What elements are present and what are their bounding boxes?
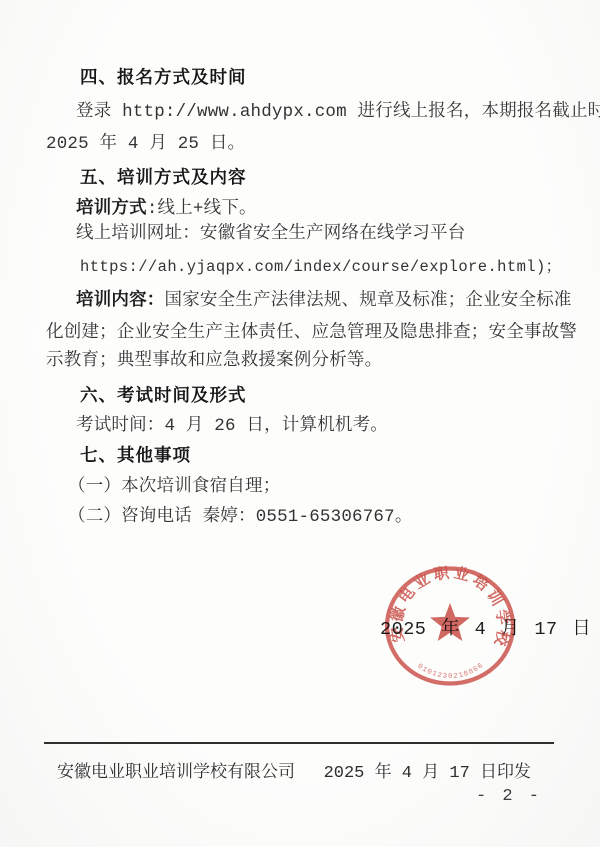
training-method-line: 培训方式:线上+线下。	[76, 198, 257, 220]
registration-url-line: 登录 http://www.ahdypx.com 进行线上报名，本期报名截止时间…	[76, 101, 600, 123]
footer-company-name: 安徽电业职业培训学校有限公司	[57, 757, 295, 783]
other-item-1: （一）本次培训食宿自理；	[68, 476, 280, 498]
section-heading-other: 七、其他事项	[80, 446, 191, 468]
star-icon	[430, 603, 470, 641]
section-heading-training: 五、培训方式及内容	[80, 168, 247, 190]
section-heading-registration: 四、报名方式及时间	[80, 68, 247, 90]
official-seal: 安徽电业职业培训学校有限公司 0101230218866	[375, 554, 525, 704]
training-content-value: 国家安全生产法律法规、规章及标准；企业安全标准	[165, 291, 572, 311]
training-method-label: 培训方式	[76, 199, 147, 219]
page-number: - 2 -	[476, 787, 542, 806]
exam-time-line: 考试时间：4 月 26 日，计算机机考。	[76, 415, 388, 437]
registration-deadline-line: 2025 年 4 月 25 日。	[46, 133, 245, 155]
training-content-label: 培训内容：	[76, 291, 165, 311]
training-content-line1: 培训内容：国家安全生产法律法规、规章及标准；企业安全标准	[76, 290, 572, 312]
other-item-2: （二）咨询电话 秦婷：0551-65306767。	[68, 506, 413, 528]
footer-divider	[44, 742, 554, 744]
online-platform-line: 线上培训网址：安徽省安全生产网络在线学习平台	[76, 223, 465, 245]
training-content-line3: 示教育；典型事故和应急救援案例分析等。	[46, 350, 382, 372]
section-heading-exam: 六、考试时间及形式	[80, 386, 247, 408]
scanned-notice-page: 四、报名方式及时间 登录 http://www.ahdypx.com 进行线上报…	[0, 0, 600, 847]
training-content-line2: 化创建；企业安全生产主体责任、应急管理及隐患排查；安全事故警	[46, 322, 577, 344]
training-method-value: :线上+线下。	[147, 199, 257, 219]
platform-url-line: https://ah.yjaqpx.com/index/course/explo…	[80, 256, 562, 278]
footer-issue-date: 2025 年 4 月 17 日印发	[324, 757, 531, 783]
